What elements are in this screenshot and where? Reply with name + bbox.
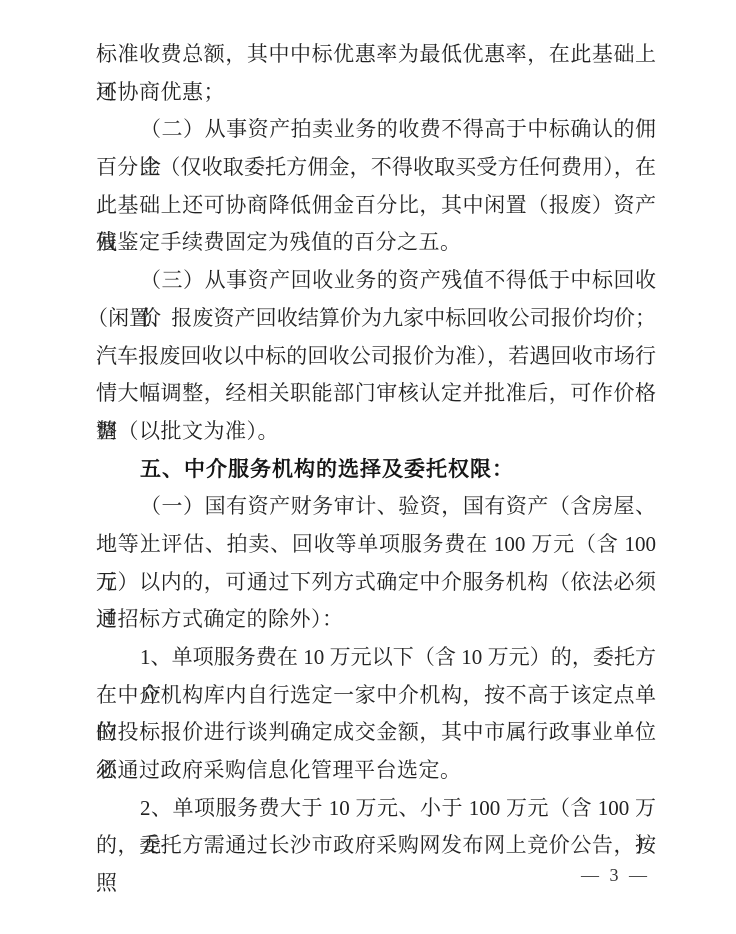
text-line: 的，委托方需通过长沙市政府采购网发布网上竞价公告，按照 (96, 827, 656, 865)
text-line: 可协商优惠； (96, 74, 656, 112)
text-line: 汽车报废回收以中标的回收公司报价为准），若遇回收市场行 (96, 338, 656, 376)
text-line: 元）以内的，可通过下列方式确定中介服务机构（依法必须通 (96, 564, 656, 602)
text-line: 百分比（仅收取委托方佣金，不得收取买受方任何费用），在 (96, 149, 656, 187)
text-line: 在中介机构库内自行选定一家中介机构，按不高于该定点单位 (96, 677, 656, 715)
text-line: 2、单项服务费大于 10 万元、小于 100 万元（含 100 万元） (96, 790, 656, 828)
section-heading: 五、中介服务机构的选择及委托权限： (96, 451, 656, 489)
page-number: — 3 — (581, 862, 650, 888)
text-line: 1、单项服务费在 10 万元以下（含 10 万元）的，委托方应 (96, 639, 656, 677)
text-line: 标准收费总额，其中中标优惠率为最低优惠率，在此基础上还 (96, 36, 656, 74)
text-line: 整（以批文为准）。 (96, 413, 656, 451)
text-line: （闲置、报废资产回收结算价为九家中标回收公司报价均价； (87, 300, 656, 338)
document-body: 标准收费总额，其中中标优惠率为最低优惠率，在此基础上还可协商优惠；（二）从事资产… (96, 36, 656, 865)
text-line: 须通过政府采购信息化管理平台选定。 (96, 752, 656, 790)
text-line: （二）从事资产拍卖业务的收费不得高于中标确认的佣金 (96, 111, 656, 149)
text-line: 此基础上还可协商降低佣金百分比，其中闲置（报废）资产残 (96, 187, 656, 225)
text-line: （三）从事资产回收业务的资产残值不得低于中标回收价 (96, 262, 656, 300)
text-line: 情大幅调整，经相关职能部门审核认定并批准后，可作价格调 (96, 375, 656, 413)
text-line: 值鉴定手续费固定为残值的百分之五。 (96, 224, 656, 262)
document-page: 标准收费总额，其中中标优惠率为最低优惠率，在此基础上还可协商优惠；（二）从事资产… (0, 0, 736, 934)
text-line: （一）国有资产财务审计、验资，国有资产（含房屋、土 (96, 488, 656, 526)
text-line: 过招标方式确定的除外）： (96, 601, 656, 639)
text-line: 地等）评估、拍卖、回收等单项服务费在 100 万元（含 100 万 (96, 526, 656, 564)
text-line: 的投标报价进行谈判确定成交金额，其中市属行政事业单位必 (96, 714, 656, 752)
